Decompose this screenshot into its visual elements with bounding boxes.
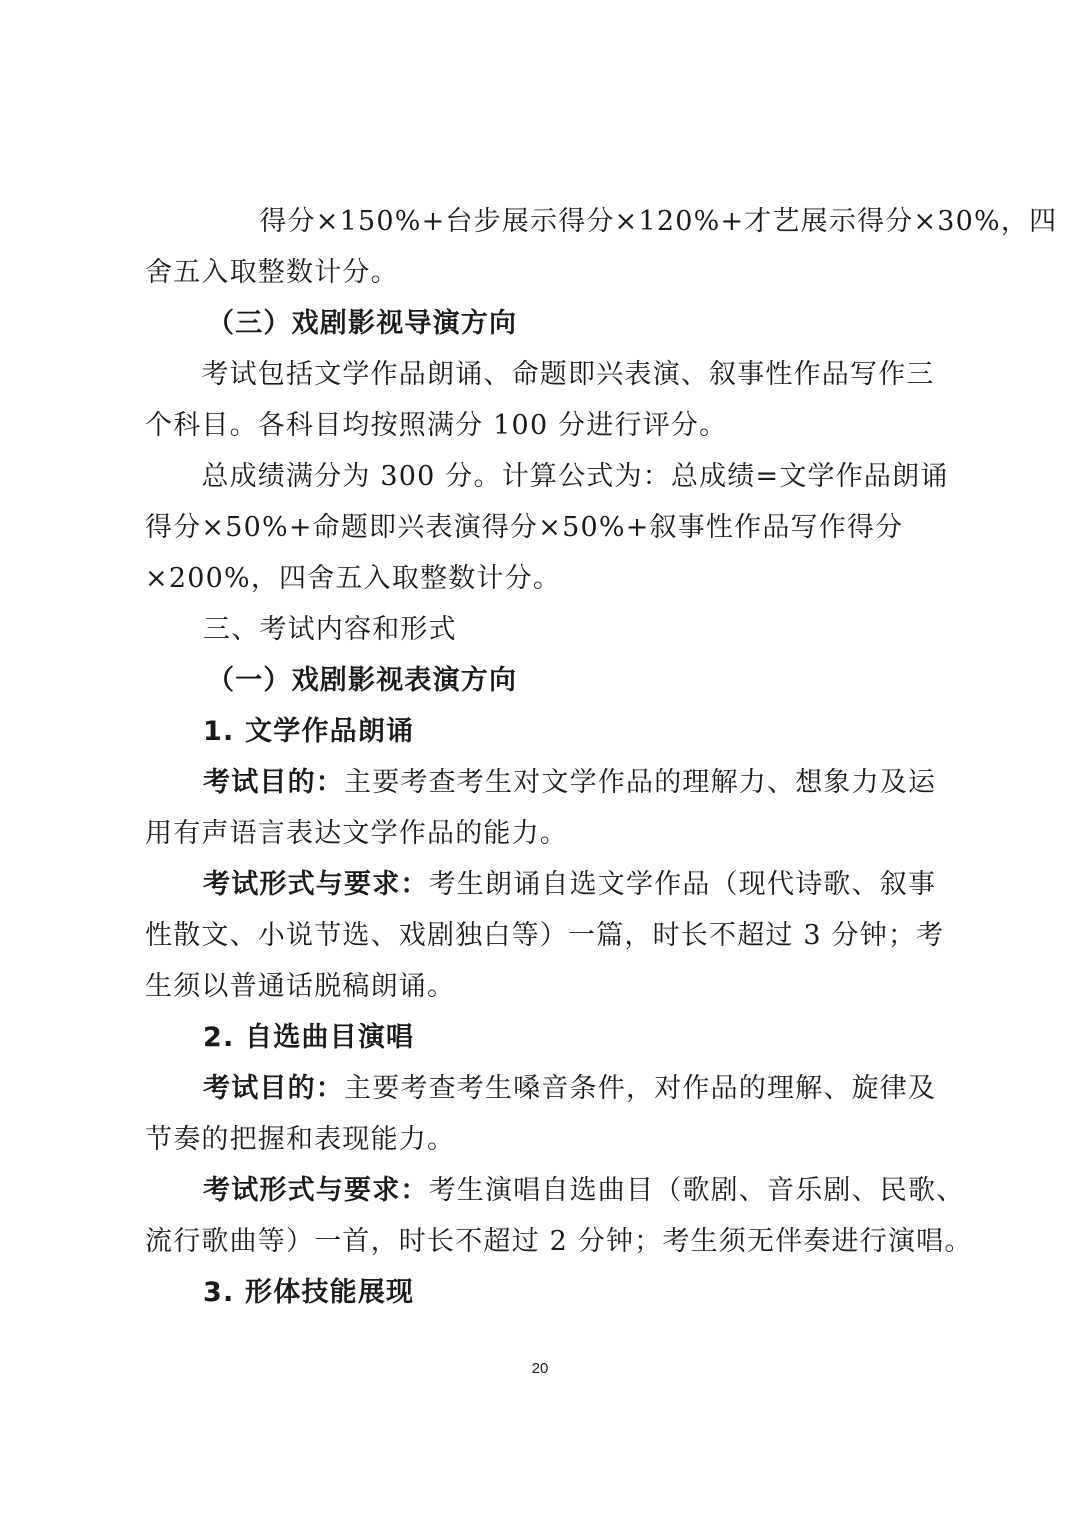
paragraph-line: 节奏的把握和表现能力。 — [145, 1114, 945, 1165]
line-text: 考生朗诵自选文学作品（现代诗歌、叙事 — [429, 869, 937, 900]
line-text: 得分×150%+台步展示得分×120%+才艺展示得分×30%，四 — [203, 206, 1057, 237]
paragraph-line: 总成绩满分为 300 分。计算公式为：总成绩=文学作品朗诵 — [145, 451, 945, 502]
paragraph-lead: 考试目的： — [203, 1073, 344, 1104]
paragraph-line: 生须以普通话脱稿朗诵。 — [145, 961, 945, 1012]
heading-text: （三）戏剧影视导演方向 — [207, 308, 517, 339]
line-text: ×200%，四舍五入取整数计分。 — [145, 563, 561, 594]
page-number: 20 — [0, 1360, 1080, 1377]
paragraph-line: 用有声语言表达文学作品的能力。 — [145, 808, 945, 859]
paragraph-lead: 考试形式与要求： — [203, 869, 429, 900]
line-text: 总成绩满分为 300 分。计算公式为：总成绩=文学作品朗诵 — [145, 461, 949, 492]
line-text: 个科目。各科目均按照满分 100 分进行评分。 — [145, 410, 727, 441]
line-text: 性散文、小说节选、戏剧独白等）一篇，时长不超过 3 分钟；考 — [145, 920, 944, 951]
line-text: 得分×50%+命题即兴表演得分×50%+叙事性作品写作得分 — [145, 512, 903, 543]
paragraph-line: ×200%，四舍五入取整数计分。 — [145, 553, 945, 604]
heading-text: 三、考试内容和形式 — [203, 614, 457, 645]
subsection-heading-singing: 2. 自选曲目演唱 — [145, 1012, 945, 1063]
paragraph-line: 流行歌曲等）一首，时长不超过 2 分钟；考生须无伴奏进行演唱。 — [145, 1216, 945, 1267]
line-text: 生须以普通话脱稿朗诵。 — [145, 971, 455, 1002]
line-text: 舍五入取整数计分。 — [145, 257, 399, 288]
paragraph-line: 性散文、小说节选、戏剧独白等）一篇，时长不超过 3 分钟；考 — [145, 910, 945, 961]
paragraph-lead: 考试形式与要求： — [203, 1175, 429, 1206]
line-text: 主要考查考生对文学作品的理解力、想象力及运 — [344, 767, 936, 798]
heading-text: （一）戏剧影视表演方向 — [207, 665, 517, 696]
paragraph-line: 考试目的：主要考查考生对文学作品的理解力、想象力及运 — [145, 757, 945, 808]
subsection-heading-recitation: 1. 文学作品朗诵 — [145, 706, 945, 757]
paragraph-line: 舍五入取整数计分。 — [145, 247, 945, 298]
line-text: 考生演唱自选曲目（歌剧、音乐剧、民歌、 — [429, 1175, 965, 1206]
document-page: 得分×150%+台步展示得分×120%+才艺展示得分×30%，四 舍五入取整数计… — [145, 196, 945, 1318]
line-text: 流行歌曲等）一首，时长不超过 2 分钟；考生须无伴奏进行演唱。 — [145, 1226, 973, 1257]
paragraph-line: 得分×50%+命题即兴表演得分×50%+叙事性作品写作得分 — [145, 502, 945, 553]
section-heading-directing: （三）戏剧影视导演方向 — [145, 298, 945, 349]
paragraph-lead: 考试目的： — [203, 767, 344, 798]
heading-text: 1. 文学作品朗诵 — [203, 716, 414, 747]
line-text: 考试包括文学作品朗诵、命题即兴表演、叙事性作品写作三 — [145, 359, 935, 390]
paragraph-line: 得分×150%+台步展示得分×120%+才艺展示得分×30%，四 — [145, 196, 945, 247]
line-text: 主要考查考生嗓音条件，对作品的理解、旋律及 — [344, 1073, 936, 1104]
heading-text: 2. 自选曲目演唱 — [203, 1022, 414, 1053]
heading-text: 3. 形体技能展现 — [203, 1277, 414, 1308]
section-heading-acting: （一）戏剧影视表演方向 — [145, 655, 945, 706]
paragraph-line: 考试包括文学作品朗诵、命题即兴表演、叙事性作品写作三 — [145, 349, 945, 400]
paragraph-line: 考试形式与要求：考生演唱自选曲目（歌剧、音乐剧、民歌、 — [145, 1165, 945, 1216]
line-text: 用有声语言表达文学作品的能力。 — [145, 818, 568, 849]
subsection-heading-physical-skills: 3. 形体技能展现 — [145, 1267, 945, 1318]
paragraph-line: 考试目的：主要考查考生嗓音条件，对作品的理解、旋律及 — [145, 1063, 945, 1114]
line-text: 节奏的把握和表现能力。 — [145, 1124, 455, 1155]
chapter-heading-exam-content: 三、考试内容和形式 — [145, 604, 945, 655]
paragraph-line: 考试形式与要求：考生朗诵自选文学作品（现代诗歌、叙事 — [145, 859, 945, 910]
paragraph-line: 个科目。各科目均按照满分 100 分进行评分。 — [145, 400, 945, 451]
